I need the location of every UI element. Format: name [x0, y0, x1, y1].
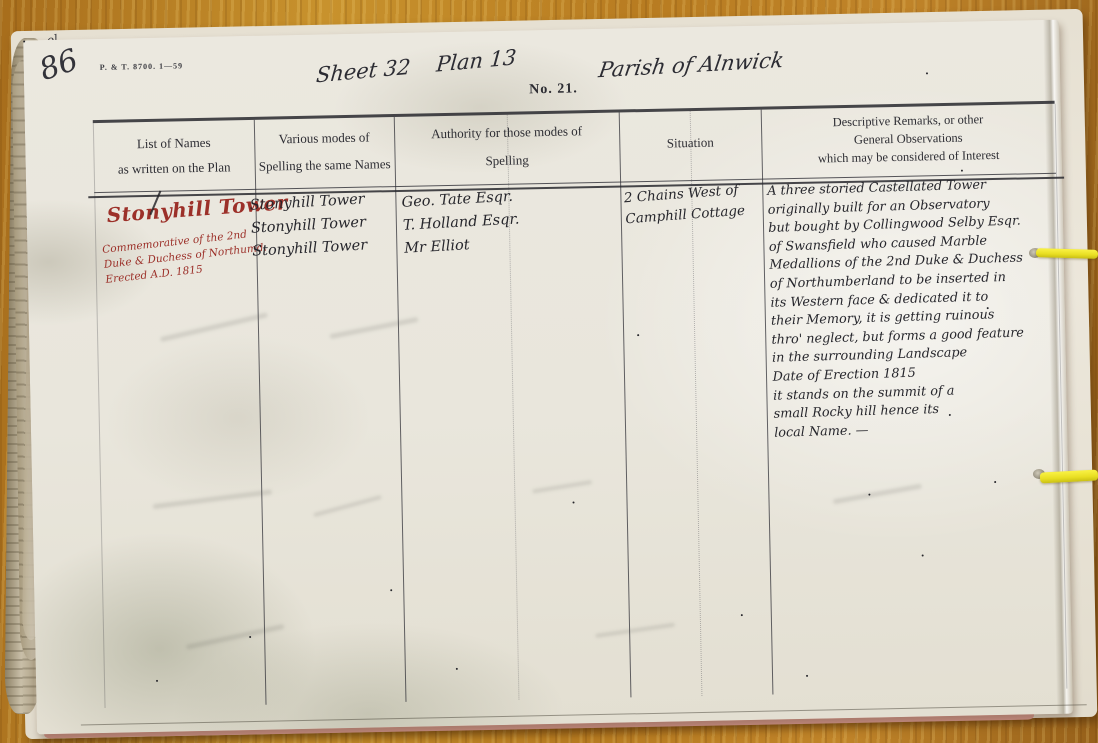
print-reference-mark: P. & T. 8700. 1—59: [100, 61, 184, 72]
table-left-border: [93, 123, 106, 708]
parish-heading: Parish of Alnwick: [597, 48, 786, 82]
folio-number: 86: [35, 42, 83, 88]
name-book-table: List of Names as written on the Plan Var…: [93, 101, 1067, 708]
page-bottom-rule: [81, 704, 1087, 725]
binding-tie-top: [1036, 248, 1098, 259]
entry-authorities: Geo. Tate Esqr. T. Holland Esqr. Mr Elli…: [401, 183, 575, 261]
sheet-label: Sheet 32: [315, 55, 411, 88]
paper-specks: [23, 40, 25, 42]
entry-spellings: Stonyhill Tower Stonyhill Tower Stonyhil…: [249, 186, 413, 264]
column-header-remarks: Descriptive Remarks, or other General Ob…: [761, 104, 1056, 186]
plan-label: Plan 13: [435, 45, 517, 76]
document-page: 86 P. & T. 8700. 1—59 Sheet 32Plan 13 No…: [23, 20, 1073, 735]
column-header-names: List of Names as written on the Plan: [93, 120, 256, 206]
sheet-plan-heading: Sheet 32Plan 13: [315, 41, 566, 88]
column-header-authority: Authority for those modes of Spelling: [394, 113, 621, 196]
page-number-label: No. 21.: [529, 81, 578, 98]
entry-remarks: A three storied Castellated Tower origin…: [767, 174, 1066, 443]
